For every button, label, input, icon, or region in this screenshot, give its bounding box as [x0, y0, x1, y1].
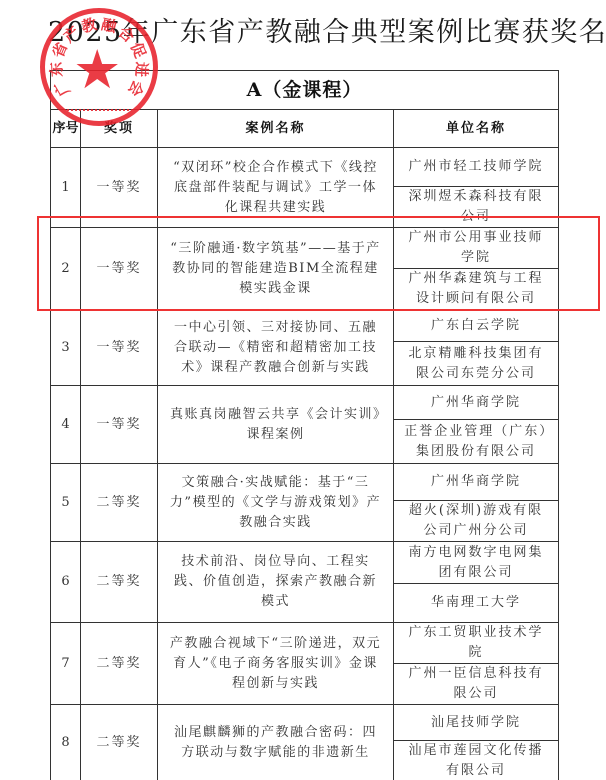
awards-table: A（金课程） 序号 奖项 案例名称 单位名称 1 一等奖 “双闭环”校企合作模式…	[50, 70, 559, 780]
table-row: 7 二等奖 产教融合视域下“三阶递进，双元育人”《电子商务客服实训》金课程创新与…	[51, 623, 559, 664]
column-header-case-name: 案例名称	[158, 110, 394, 148]
row-award: 一等奖	[81, 386, 158, 464]
row-unit: 广州华商学院	[394, 386, 559, 420]
table-row: 4 一等奖 真账真岗融智云共享《会计实训》课程案例 广州华商学院	[51, 386, 559, 420]
row-index: 8	[51, 705, 81, 780]
column-header-unit-name: 单位名称	[394, 110, 559, 148]
table-row: 8 二等奖 汕尾麒麟狮的产教融合密码：四方联动与数字赋能的非遗新生 汕尾技师学院	[51, 705, 559, 741]
row-unit: 汕尾技师学院	[394, 705, 559, 741]
row-index: 3	[51, 310, 81, 386]
document-title: 2025年广东省产教融合典型案例比赛获奖名单	[48, 10, 588, 46]
row-unit: 北京精雕科技集团有限公司东莞分公司	[394, 342, 559, 386]
row-award: 二等奖	[81, 542, 158, 623]
row-award: 一等奖	[81, 310, 158, 386]
row-award: 一等奖	[81, 148, 158, 228]
row-case-name: 技术前沿、岗位导向、工程实践、价值创造，探索产教融合新模式	[158, 542, 394, 623]
row-unit: 深圳煜禾森科技有限公司	[394, 187, 559, 228]
row-award: 二等奖	[81, 623, 158, 705]
row-index: 5	[51, 464, 81, 542]
row-index: 7	[51, 623, 81, 705]
row-index: 6	[51, 542, 81, 623]
row-unit: 汕尾市莲园文化传播有限公司	[394, 741, 559, 780]
row-case-name: 文策融合·实战赋能：基于“三力”模型的《文学与游戏策划》产教融合实践	[158, 464, 394, 542]
row-case-name: 产教融合视域下“三阶递进，双元育人”《电子商务客服实训》金课程创新与实践	[158, 623, 394, 705]
row-unit: 广州华商学院	[394, 464, 559, 501]
row-unit: 广州市公用事业技师学院	[394, 228, 559, 269]
row-index: 2	[51, 228, 81, 310]
row-unit: 广州一臣信息科技有限公司	[394, 664, 559, 705]
table-row: 1 一等奖 “双闭环”校企合作模式下《线控底盘部件装配与调试》工学一体化课程共建…	[51, 148, 559, 187]
row-unit: 广州市轻工技师学院	[394, 148, 559, 187]
row-unit: 广东白云学院	[394, 310, 559, 342]
row-index: 1	[51, 148, 81, 228]
row-unit: 南方电网数字电网集团有限公司	[394, 542, 559, 584]
row-case-name: 真账真岗融智云共享《会计实训》课程案例	[158, 386, 394, 464]
row-unit: 广东工贸职业技术学院	[394, 623, 559, 664]
row-case-name: “三阶融通·数字筑基”——基于产教协同的智能建造BIM全流程建模实践金课	[158, 228, 394, 310]
column-header-award: 奖项	[81, 110, 158, 148]
row-award: 二等奖	[81, 705, 158, 780]
row-case-name: 一中心引领、三对接协同、五融合联动—《精密和超精密加工技术》课程产教融合创新与实…	[158, 310, 394, 386]
table-row: 6 二等奖 技术前沿、岗位导向、工程实践、价值创造，探索产教融合新模式 南方电网…	[51, 542, 559, 584]
row-case-name: “双闭环”校企合作模式下《线控底盘部件装配与调试》工学一体化课程共建实践	[158, 148, 394, 228]
row-award: 一等奖	[81, 228, 158, 310]
row-case-name: 汕尾麒麟狮的产教融合密码：四方联动与数字赋能的非遗新生	[158, 705, 394, 780]
row-unit: 广州华森建筑与工程设计顾问有限公司	[394, 269, 559, 310]
row-award: 二等奖	[81, 464, 158, 542]
table-row: 3 一等奖 一中心引领、三对接协同、五融合联动—《精密和超精密加工技术》课程产教…	[51, 310, 559, 342]
row-unit: 华南理工大学	[394, 584, 559, 623]
table-row: 5 二等奖 文策融合·实战赋能：基于“三力”模型的《文学与游戏策划》产教融合实践…	[51, 464, 559, 501]
row-index: 4	[51, 386, 81, 464]
row-unit: 超火(深圳)游戏有限公司广州分公司	[394, 501, 559, 542]
section-title: A（金课程）	[51, 71, 559, 110]
column-header-index: 序号	[51, 110, 81, 148]
table-row: 2 一等奖 “三阶融通·数字筑基”——基于产教协同的智能建造BIM全流程建模实践…	[51, 228, 559, 269]
row-unit: 正誉企业管理（广东）集团股份有限公司	[394, 420, 559, 464]
